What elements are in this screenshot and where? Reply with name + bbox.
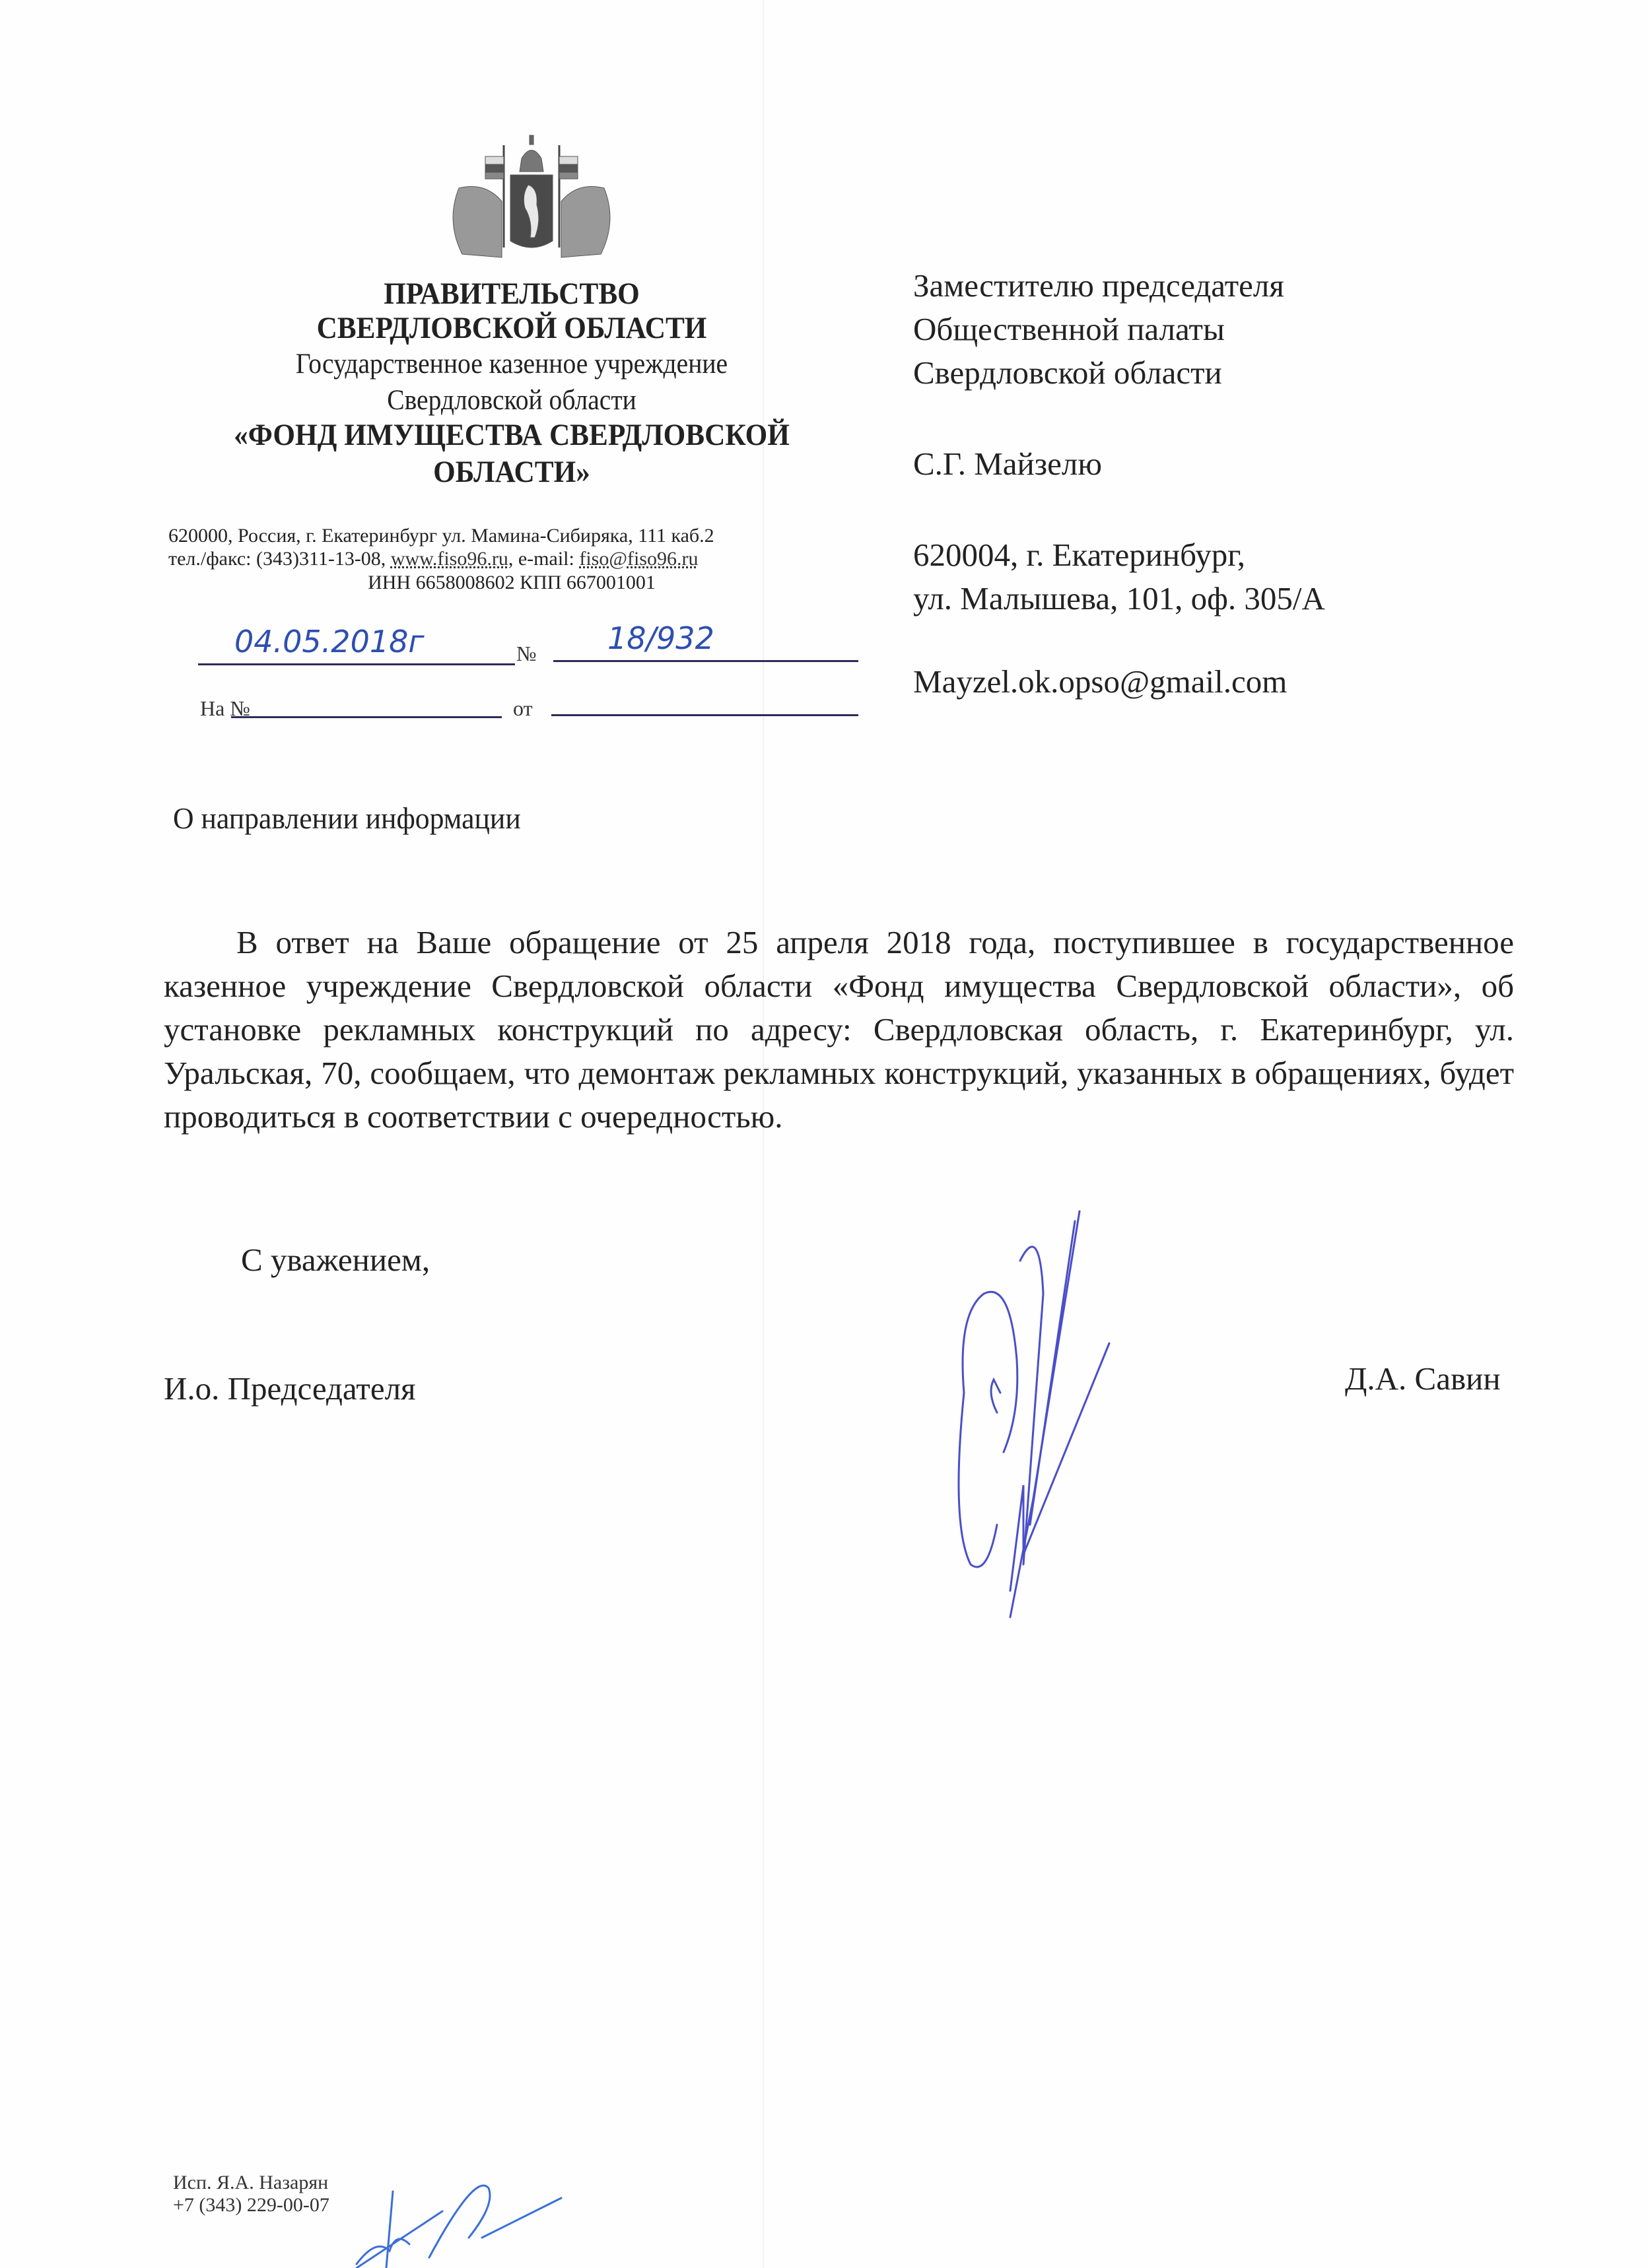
executor-phone: +7 (343) 229-00-07	[173, 2194, 329, 2217]
addressee-position-line3: Свердловской области	[913, 351, 1222, 395]
coat-of-arms-icon	[432, 122, 631, 271]
body-paragraph: В ответ на Ваше обращение от 25 апреля 2…	[164, 921, 1514, 1139]
outgoing-date-field: 04.05.2018г	[234, 624, 425, 659]
closing-regards: С уважением,	[241, 1241, 430, 1279]
government-title-line1: ПРАВИТЕЛЬСТВО	[193, 276, 831, 312]
government-title-line2: СВЕРДЛОВСКОЙ ОБЛАСТИ	[193, 310, 831, 346]
org-name-line2: ОБЛАСТИ»	[193, 454, 831, 490]
executor-name: Исп. Я.А. Назарян	[173, 2172, 328, 2194]
letter-subject: О направлении информации	[173, 801, 521, 836]
addressee-position-line1: Заместителю председателя	[913, 264, 1284, 308]
addressee-address-line1: 620004, г. Екатеринбург,	[913, 533, 1245, 577]
reference-date-underline	[551, 714, 858, 716]
date-underline	[198, 663, 515, 665]
org-tax-ids: ИНН 6658008602 КПП 667001001	[165, 572, 858, 594]
addressee-name: С.Г. Майзелю	[913, 442, 1102, 486]
org-phone: тел./факс: (343)311-13-08,	[168, 548, 391, 570]
email-label: , e-mail:	[508, 548, 579, 570]
org-name-line1: «ФОНД ИМУЩЕСТВА СВЕРДЛОВСКОЙ	[193, 417, 831, 453]
reference-date-label: от	[513, 696, 533, 721]
signer-name: Д.А. Савин	[1345, 1360, 1501, 1397]
org-address: 620000, Россия, г. Екатеринбург ул. Мами…	[168, 525, 855, 547]
reference-number-underline	[231, 716, 502, 718]
org-type-line2: Свердловской области	[193, 383, 831, 418]
org-type-line1: Государственное казенное учреждение	[193, 347, 831, 382]
signer-position: И.о. Председателя	[164, 1370, 416, 1407]
org-email-link[interactable]: fiso@fiso96.ru	[579, 548, 698, 570]
org-contacts: тел./факс: (343)311-13-08, www.fiso96.ru…	[168, 548, 855, 570]
addressee-address-line2: ул. Малышева, 101, оф. 305/А	[913, 577, 1325, 620]
number-label: №	[516, 642, 537, 666]
number-underline	[553, 660, 858, 662]
executor-signature-icon	[317, 2158, 594, 2268]
signature-icon	[924, 1195, 1202, 1657]
addressee-position-line2: Общественной палаты	[913, 308, 1225, 351]
org-website-link[interactable]: www.fiso96.ru	[391, 548, 508, 570]
addressee-email: Mayzel.ok.opso@gmail.com	[913, 660, 1287, 704]
outgoing-number-field: 18/932	[607, 620, 714, 656]
letter-body: В ответ на Ваше обращение от 25 апреля 2…	[164, 921, 1514, 1139]
letter-page: ПРАВИТЕЛЬСТВО СВЕРДЛОВСКОЙ ОБЛАСТИ Госуд…	[0, 0, 1648, 2268]
